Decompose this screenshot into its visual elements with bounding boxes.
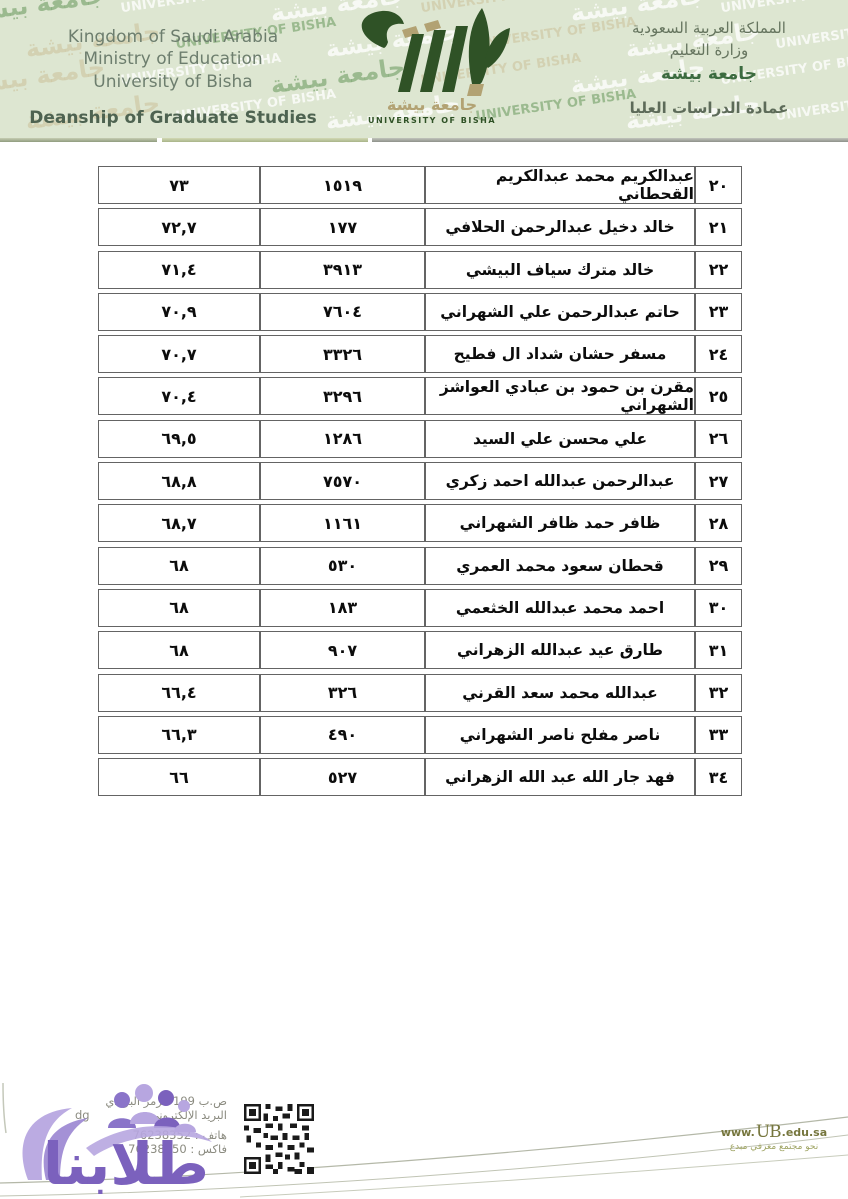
table-row: ٣٢ عبدالله محمد سعد القرني ٣٢٦ ٦٦,٤ [98,674,742,712]
student-name-cell: قحطان سعود محمد العمري [425,547,695,585]
application-id-cell: ٣٢٩٦ [260,377,425,415]
student-name-cell: خالد مترك سياف البيشي [425,251,695,289]
site-tagline: نحو مجتمع معرفي مبدع [728,1142,820,1152]
row-number-cell: ٢٥ [695,377,742,415]
header-arabic-block: المملكة العربية السعودية وزارة التعليم ج… [584,18,834,120]
student-name-cell: عبدالله محمد سعد القرني [425,674,695,712]
score-cell: ٦٨ [98,589,260,627]
row-number-cell: ٣٣ [695,716,742,754]
row-number-cell: ٢١ [695,208,742,246]
score-cell: ٦٨ [98,631,260,669]
university-site-logo: www.UB.edu.sa نحو مجتمع معرفي مبدع [728,1124,820,1152]
table-row: ٢٢ خالد مترك سياف البيشي ٣٩١٣ ٧١,٤ [98,251,742,289]
score-cell: ٦٦,٤ [98,674,260,712]
qr-code [240,1104,318,1174]
row-number-cell: ٢٦ [695,420,742,458]
row-number-cell: ٣١ [695,631,742,669]
logo-leaf-left [362,11,404,48]
application-id-cell: ١١٦١ [260,504,425,542]
header-english-block: Kingdom of Saudi Arabia Ministry of Educ… [28,26,318,130]
application-id-cell: ١٨٣ [260,589,425,627]
student-name-cell: علي محسن علي السيد [425,420,695,458]
score-cell: ٧٣ [98,166,260,204]
header-ar-kingdom: المملكة العربية السعودية [584,18,834,40]
document-page: جامعة بيشةUNIVERSITY OF BISHAجامعة بيشةU… [0,0,848,1199]
score-cell: ٦٨,٨ [98,462,260,500]
table-row: ٢٤ مسفر حشان شداد ال فطيح ٣٣٢٦ ٧٠,٧ [98,335,742,373]
header-en-line: University of Bisha [28,71,318,93]
row-number-cell: ٢٩ [695,547,742,585]
score-cell: ٧٠,٧ [98,335,260,373]
row-number-cell: ٢٤ [695,335,742,373]
header-ar-ministry: وزارة التعليم [584,40,834,62]
student-name-cell: طارق عيد عبدالله الزهراني [425,631,695,669]
student-name-cell: احمد محمد عبدالله الخثعمي [425,589,695,627]
student-name-cell: عبدالكريم محمد عبدالكريم القحطاني [425,166,695,204]
watermark-text: UNIVERSITY OF BISHA [120,0,282,16]
ub-logo-glyph: UB [755,1124,782,1141]
header-deanship-en: Deanship of Graduate Studies [28,107,318,129]
application-id-cell: ٣٣٢٦ [260,335,425,373]
table-row: ٢٩ قحطان سعود محمد العمري ٥٣٠ ٦٨ [98,547,742,585]
application-id-cell: ٥٢٧ [260,758,425,796]
logo-stripe [420,30,446,92]
table-row: ٢٥ مقرن بن حمود بن عبادي العواشز الشهران… [98,377,742,415]
table-row: ٢٨ ظافر حمد ظافر الشهراني ١١٦١ ٦٨,٧ [98,504,742,542]
score-cell: ٧٠,٩ [98,293,260,331]
talabna-wordmark: طلابنا [43,1130,209,1198]
application-id-cell: ٧٦٠٤ [260,293,425,331]
logo-text-arabic: جامعة بيشة [387,95,477,114]
header-band: جامعة بيشةUNIVERSITY OF BISHAجامعة بيشةU… [0,0,848,138]
score-cell: ٦٨ [98,547,260,585]
application-id-cell: ١٥١٩ [260,166,425,204]
logo-text-english: UNIVERSITY OF BISHA [368,116,496,125]
table-row: ٣١ طارق عيد عبدالله الزهراني ٩٠٧ ٦٨ [98,631,742,669]
table-row: ٢١ خالد دخيل عبدالرحمن الحلافي ١٧٧ ٧٢,٧ [98,208,742,246]
score-cell: ٦٩,٥ [98,420,260,458]
student-name-cell: حاتم عبدالرحمن علي الشهراني [425,293,695,331]
university-of-bisha-logo: جامعة بيشة UNIVERSITY OF BISHA [332,4,532,134]
row-number-cell: ٢٨ [695,504,742,542]
site-url-prefix: www. [721,1126,755,1139]
score-cell: ٧١,٤ [98,251,260,289]
site-url: www.UB.edu.sa [728,1124,820,1141]
student-name-cell: مسفر حشان شداد ال فطيح [425,335,695,373]
table-row: ٢٧ عبدالرحمن عبدالله احمد زكري ٧٥٧٠ ٦٨,٨ [98,462,742,500]
student-name-cell: ناصر مفلح ناصر الشهراني [425,716,695,754]
table-row: ٣٣ ناصر مفلح ناصر الشهراني ٤٩٠ ٦٦,٣ [98,716,742,754]
header-en-line: Kingdom of Saudi Arabia [28,26,318,48]
application-id-cell: ٩٠٧ [260,631,425,669]
talabna-watermark-logo: طلابنا [16,1084,242,1199]
row-number-cell: ٢٠ [695,166,742,204]
student-name-cell: خالد دخيل عبدالرحمن الحلافي [425,208,695,246]
score-cell: ٧٠,٤ [98,377,260,415]
table-row: ٣٤ فهد جار الله عبد الله الزهراني ٥٢٧ ٦٦ [98,758,742,796]
table-row: ٢٣ حاتم عبدالرحمن علي الشهراني ٧٦٠٤ ٧٠,٩ [98,293,742,331]
header-en-line: Ministry of Education [28,48,318,70]
score-cell: ٦٦,٣ [98,716,260,754]
logo-stripe [398,34,424,92]
row-number-cell: ٣٢ [695,674,742,712]
table-row: ٢٦ علي محسن علي السيد ١٢٨٦ ٦٩,٥ [98,420,742,458]
logo-leaf-right [469,8,490,86]
row-number-cell: ٣٤ [695,758,742,796]
header-divider-right [372,138,848,142]
table-row: ٢٠ عبدالكريم محمد عبدالكريم القحطاني ١٥١… [98,166,742,204]
row-number-cell: ٢٢ [695,251,742,289]
row-number-cell: ٢٣ [695,293,742,331]
student-name-cell: ظافر حمد ظافر الشهراني [425,504,695,542]
row-number-cell: ٣٠ [695,589,742,627]
header-ar-university: جامعة بيشة [584,62,834,87]
application-id-cell: ١٧٧ [260,208,425,246]
application-id-cell: ١٢٨٦ [260,420,425,458]
results-table: ٢٠ عبدالكريم محمد عبدالكريم القحطاني ١٥١… [98,166,742,800]
student-name-cell: عبدالرحمن عبدالله احمد زكري [425,462,695,500]
application-id-cell: ٥٣٠ [260,547,425,585]
table-row: ٣٠ احمد محمد عبدالله الخثعمي ١٨٣ ٦٨ [98,589,742,627]
application-id-cell: ٣٩١٣ [260,251,425,289]
header-deanship-ar: عمادة الدراسات العليا [584,98,834,120]
application-id-cell: ٤٩٠ [260,716,425,754]
student-name-cell: مقرن بن حمود بن عبادي العواشز الشهراني [425,377,695,415]
watermark-text: UNIVERSITY OF BISHA [720,0,848,16]
row-number-cell: ٢٧ [695,462,742,500]
logo-stripe [442,26,468,92]
application-id-cell: ٧٥٧٠ [260,462,425,500]
student-name-cell: فهد جار الله عبد الله الزهراني [425,758,695,796]
header-divider-middle [162,138,368,142]
site-url-suffix: .edu.sa [782,1126,828,1139]
score-cell: ٦٦ [98,758,260,796]
score-cell: ٦٨,٧ [98,504,260,542]
application-id-cell: ٣٢٦ [260,674,425,712]
header-divider-left [0,138,157,142]
watermark-text: جامعة بيشة [0,0,107,27]
score-cell: ٧٢,٧ [98,208,260,246]
